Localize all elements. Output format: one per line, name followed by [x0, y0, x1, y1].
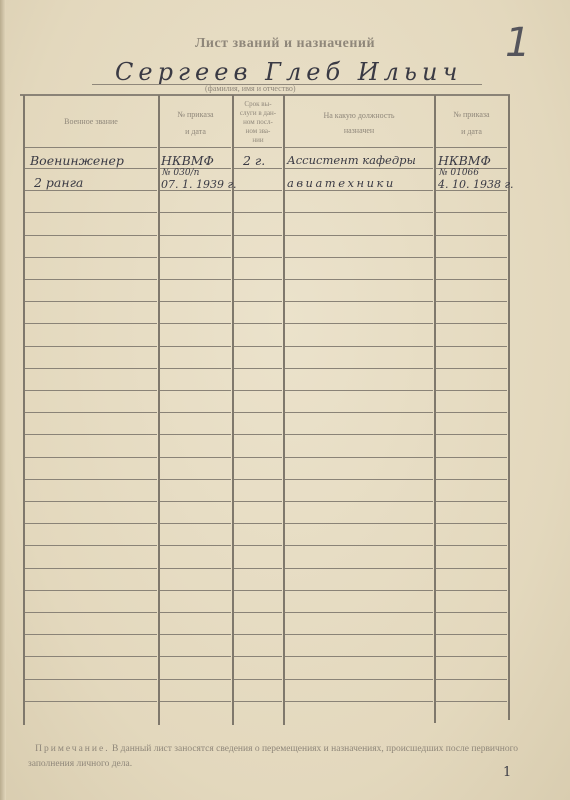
table-hline	[160, 545, 231, 546]
table-hline	[234, 656, 282, 657]
table-hline	[25, 501, 157, 502]
table-hline	[234, 257, 282, 258]
table-hline	[436, 479, 507, 480]
table-hline	[25, 634, 157, 635]
table-hline	[234, 434, 282, 435]
order2-date: 4. 10. 1938 г.	[438, 178, 514, 191]
table-hline	[436, 323, 507, 324]
table-hline	[285, 301, 433, 302]
table-hline	[436, 545, 507, 546]
table-hline	[234, 212, 282, 213]
table-hline	[25, 346, 157, 347]
table-hline	[160, 235, 231, 236]
table-hline	[25, 168, 157, 169]
order2-issuer: НКВМФ	[438, 153, 491, 168]
table-hline	[234, 168, 282, 169]
table-hline	[436, 634, 507, 635]
table-hline	[285, 412, 433, 413]
table-hline	[436, 568, 507, 569]
table-hline	[285, 390, 433, 391]
table-hline	[25, 301, 157, 302]
table-hline	[25, 545, 157, 546]
table-hline	[285, 457, 433, 458]
table-hline	[160, 612, 231, 613]
table-hline	[436, 212, 507, 213]
page-edge-shadow	[0, 0, 6, 800]
table-hline	[234, 412, 282, 413]
table-hline	[436, 590, 507, 591]
table-hline	[285, 523, 433, 524]
table-hline	[285, 545, 433, 546]
table-hline	[436, 279, 507, 280]
table-hline	[436, 434, 507, 435]
table-hline	[234, 679, 282, 680]
table-hline	[234, 590, 282, 591]
table-hline	[25, 257, 157, 258]
table-hline	[436, 679, 507, 680]
table-hline	[25, 235, 157, 236]
table-hline	[234, 634, 282, 635]
table-hline	[160, 434, 231, 435]
table-hline	[160, 147, 231, 148]
table-hline	[234, 501, 282, 502]
table-hline	[160, 523, 231, 524]
table-hline	[25, 147, 157, 148]
table-hline	[285, 323, 433, 324]
table-hline	[160, 701, 231, 702]
table-hline	[160, 479, 231, 480]
table-hline	[25, 612, 157, 613]
table-hline	[25, 590, 157, 591]
table-hline	[234, 323, 282, 324]
col-header-service-term: Срок вы- слуги в дан- ном посл- ном зва-…	[233, 100, 283, 145]
rank-line1: Военинженер	[30, 153, 124, 168]
table-hline	[436, 656, 507, 657]
table-hline	[25, 701, 157, 702]
table-hline	[25, 656, 157, 657]
table-hline	[436, 457, 507, 458]
table-hline	[436, 235, 507, 236]
col-header-rank: Военное звание	[24, 116, 158, 128]
table-hline	[285, 590, 433, 591]
position-line1: Ассистент кафедры	[287, 153, 416, 167]
rank-line2: 2 ранга	[34, 175, 83, 190]
name-caption: (фамилия, имя и отчество)	[205, 84, 296, 93]
table-hline	[25, 279, 157, 280]
table-hline	[160, 390, 231, 391]
table-hline	[25, 479, 157, 480]
table-hline	[160, 257, 231, 258]
table-hline	[234, 523, 282, 524]
table-hline	[285, 279, 433, 280]
table-hline	[234, 612, 282, 613]
table-hline	[234, 279, 282, 280]
table-hline	[285, 656, 433, 657]
table-hline	[285, 568, 433, 569]
table-hline	[25, 523, 157, 524]
table-hline	[285, 701, 433, 702]
table-hline	[25, 323, 157, 324]
footnote: Примечание. В данный лист заносятся свед…	[28, 742, 538, 772]
table-hline	[285, 634, 433, 635]
service-term: 2 г.	[243, 153, 265, 168]
col-header-order2: № приказа и дата	[435, 106, 508, 140]
table-hline	[25, 434, 157, 435]
order1-issuer: НКВМФ	[161, 153, 214, 168]
table-hline	[285, 168, 433, 169]
table-hline	[25, 368, 157, 369]
table-hline	[436, 390, 507, 391]
table-hline	[234, 301, 282, 302]
table-hline	[160, 656, 231, 657]
table-hline	[160, 634, 231, 635]
table-hline	[234, 545, 282, 546]
table-hline	[160, 368, 231, 369]
table-hline	[436, 147, 507, 148]
table-hline	[285, 612, 433, 613]
table-hline	[285, 190, 433, 191]
table-hline	[160, 212, 231, 213]
table-hline	[436, 501, 507, 502]
order1-number: № 030/п	[162, 168, 199, 178]
table-hline	[436, 368, 507, 369]
table-hline	[234, 368, 282, 369]
col-header-order1: № приказа и дата	[159, 106, 232, 140]
table-hline	[285, 679, 433, 680]
table-hline	[285, 479, 433, 480]
table-hline	[234, 346, 282, 347]
table-hline	[25, 212, 157, 213]
table-hline	[25, 679, 157, 680]
person-name: Сергеев Глеб Ильич	[115, 58, 462, 86]
table-hline	[25, 190, 157, 191]
table-hline	[436, 412, 507, 413]
table-hline	[25, 412, 157, 413]
table-hline	[285, 257, 433, 258]
table-hline	[160, 457, 231, 458]
table-hline	[160, 323, 231, 324]
table-hline	[25, 457, 157, 458]
table-hline	[234, 701, 282, 702]
table-hline	[436, 612, 507, 613]
table-hline	[285, 434, 433, 435]
table-hline	[285, 212, 433, 213]
corner-mark: 1	[503, 765, 511, 780]
order2-number: № 01066	[439, 168, 479, 178]
table-hline	[160, 568, 231, 569]
table-hline	[285, 235, 433, 236]
table-hline	[436, 301, 507, 302]
table-hline	[160, 412, 231, 413]
table-hline	[234, 479, 282, 480]
table-hline	[436, 701, 507, 702]
col-header-position: На какую должность назначен	[284, 108, 434, 138]
table-hline	[285, 147, 433, 148]
table-hline	[436, 257, 507, 258]
table-hline	[160, 279, 231, 280]
table-hline	[160, 501, 231, 502]
table-hline	[234, 147, 282, 148]
table-hline	[285, 501, 433, 502]
table-hline	[160, 590, 231, 591]
position-line2: авиатехники	[287, 176, 396, 190]
table-hline	[25, 390, 157, 391]
table-hline	[160, 679, 231, 680]
table-hline	[160, 346, 231, 347]
table-hline	[234, 457, 282, 458]
table-hline	[436, 346, 507, 347]
table-hline	[234, 235, 282, 236]
table-hline	[285, 368, 433, 369]
table-top-border	[20, 94, 510, 96]
order1-date: 07. 1. 1939 г.	[161, 178, 237, 191]
table-hline	[436, 523, 507, 524]
table-hline	[234, 190, 282, 191]
table-hline	[234, 568, 282, 569]
table-hline	[234, 390, 282, 391]
table-hline	[25, 568, 157, 569]
table-hline	[285, 346, 433, 347]
footnote-label: Примечание.	[35, 744, 109, 754]
document-title: Лист званий и назначений	[0, 36, 570, 52]
table-hline	[160, 301, 231, 302]
